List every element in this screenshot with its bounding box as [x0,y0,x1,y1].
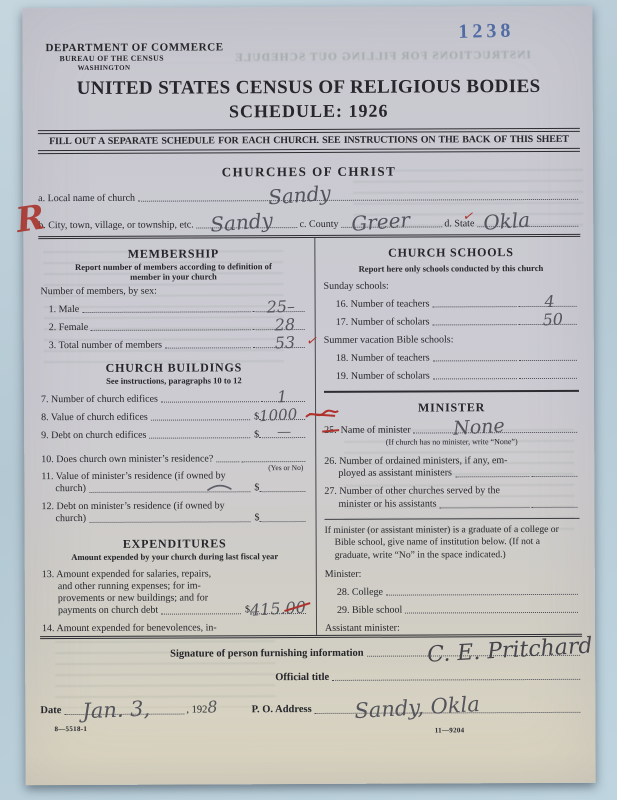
handwritten-edifice-count: 1 [277,389,288,405]
q12-line1: 12. Debt on minister’s residence (if own… [41,500,307,513]
q10-answer-slot: (Yes or No) [241,460,305,462]
form-code-right: 11—9204 [435,726,465,734]
q2-line [91,329,251,332]
q10-row: 10. Does church own minister’s residence… [41,453,307,465]
footer-section: Signature of person furnishing informati… [40,646,582,716]
minister-sub-label: Minister: [325,568,580,580]
q11-dollar-sign: $ [254,482,259,494]
q27-leader [440,506,530,508]
q14-line1: 14. Amount expended for benevolences, in… [42,622,308,635]
handwritten-date: Jan. 3, [82,698,151,722]
q9-row: 9. Debt on church edifices $ — [41,429,307,441]
official-title-line [332,677,580,680]
official-title-row: Official title [40,670,582,683]
handwritten-city: Sandy [210,210,274,235]
handwritten-church-name: Sandy [267,182,331,207]
q3-label: 3. Total number of members [49,340,162,351]
q12-row: 12. Debt on minister’s residence (if own… [41,500,307,526]
red-struck-cents: 00 [285,600,306,617]
handwritten-salaries-amount: 415. [249,599,286,620]
q25-row: 25. Name of minister None [324,424,579,436]
county-label: c. County [300,219,339,230]
q10-label: 10. Does church own minister’s residence… [41,453,213,465]
q17-answer-slot: 50 [519,323,577,325]
q14-row: 14. Amount expended for benevolences, in… [42,622,308,638]
q16-answer-slot: 4 [519,305,577,307]
city-line: Sandy [197,226,298,228]
q26-leader [455,475,529,477]
q27-line2: minister or his assistants [338,498,436,511]
q3-total-row: 3. Total number of members 53 ✓ [41,339,307,351]
handwritten-year-digit: 8 [207,697,219,717]
red-scribble-icon [305,407,339,420]
q29-line [405,611,578,614]
q2-female-row: 2. Female 28 [41,321,307,333]
q18-line [433,359,517,361]
q16-label: 16. Number of teachers [336,298,430,309]
schools-section: CHURCH SCHOOLS Report here only schools … [323,244,579,392]
form-columns: MEMBERSHIP Report number of members acco… [38,233,582,638]
handwritten-teacher-count: 4 [544,294,555,310]
q26-row: 26. Number of ordained ministers, if any… [324,455,579,480]
handwritten-edifice-value: 1000 [259,407,298,424]
handwritten-scholar-count: 50 [542,311,563,328]
q18-row: 18. Number of teachers [324,352,579,364]
handwritten-state: Okla [483,209,531,232]
right-column: CHURCH SCHOOLS Report here only schools … [315,236,582,634]
q2-label: 2. Female [49,322,88,333]
grad-line3: graduate, write “No” in the space indica… [335,548,580,562]
q10-line [216,460,239,462]
q27-answer-slot [531,506,577,508]
q9-answer-slot: — [259,436,305,438]
date-line: Jan. 3, [64,712,184,715]
q25-caption: (If church has no minister, write “None”… [324,437,579,447]
q2-answer-slot: 28 [253,328,305,330]
q13-line1: 13. Amount expended for salaries, repair… [42,568,308,581]
q16-line [432,305,516,307]
q13-leader [161,613,241,615]
q18-answer-slot [519,359,577,361]
membership-subheading-1: Report number of members according to de… [40,261,306,272]
handwritten-po-address: Sandy, Okla [354,694,480,722]
q12-line2: church) [56,513,87,525]
q18-label: 18. Number of teachers [336,352,430,363]
q9-line [149,436,250,438]
q26-line2: ployed as assistant ministers [338,468,452,481]
summer-schools-label: Summer vacation Bible schools: [324,334,579,346]
signature-label: Signature of person furnishing informati… [170,647,364,659]
q17-line [433,323,517,325]
q1-male-row: 1. Male 25– [41,303,307,315]
minister-heading: MINISTER [324,400,579,416]
q9-dollar-sign: $ [254,429,259,440]
expenditures-heading: EXPENDITURES [42,536,308,552]
handwritten-signature: C. E. Pritchard [426,635,592,666]
grad-line1: If minister (or assistant minister) is a… [325,524,580,538]
po-address-line: Sandy, Okla [315,710,581,713]
q7-label: 7. Number of church edifices [41,393,158,405]
sunday-schools-label: Sunday schools: [324,280,579,292]
field-local-name: a. Local name of church Sandy [38,190,580,203]
city-label: b. City, town, village, or township, etc… [38,219,193,231]
assistant-sub-label: Assistant minister: [325,622,580,634]
form-schedule-title: SCHEDULE: 1926 [38,99,580,122]
form-title: UNITED STATES CENSUS OF RELIGIOUS BODIES [38,75,580,99]
q12-leader [89,521,250,524]
q28-line [386,593,578,596]
expenditures-subheading: Amount expended by your church during la… [42,551,308,562]
q25-line: None [414,431,578,434]
date-label: Date [40,705,61,716]
signature-line: C. E. Pritchard [367,653,581,656]
handwritten-minister-name: None [453,417,506,439]
q19-row: 19. Number of scholars [324,370,579,382]
q13-line2: and other running expenses; for im- [58,580,308,593]
po-address-label: P. O. Address [252,704,312,715]
q13-answer-slot: 415.00 [250,612,306,614]
yes-or-no-caption: (Yes or No) [268,463,303,472]
q13-line4: payments on church debt [58,605,158,618]
instruction-banner: FILL OUT A SEPARATE SCHEDULE FOR EACH CH… [38,127,580,153]
q25-label: Name of minister [341,425,411,436]
q8-label: 8. Value of church edifices [41,411,148,422]
handwritten-male-count: 25– [266,299,295,316]
official-title-label: Official title [275,672,329,683]
q11-leader [89,490,250,493]
state-line: ✓ Okla [477,224,578,226]
denomination-heading: CHURCHES OF CHRIST [38,162,580,180]
expenditures-section: EXPENDITURES Amount expended by your chu… [42,536,309,638]
q26-line1: 26. Number of ordained ministers, if any… [324,455,579,468]
q25-number-red-struck: 25. [324,425,337,436]
red-letter-annotation: R [14,197,48,241]
left-column: MEMBERSHIP Report number of members acco… [38,238,317,636]
q11-line2: church) [55,483,86,495]
q17-label: 17. Number of scholars [336,316,430,327]
membership-intro: Number of members, by sex: [41,285,307,297]
graduate-paragraph: If minister (or assistant minister) is a… [325,518,580,563]
local-name-line: Sandy [138,197,578,201]
form-code-left: 8—5518-1 [54,725,87,733]
q11-row: 11. Value of minister’s residence (if ow… [41,470,307,496]
membership-heading: MEMBERSHIP [40,246,306,262]
q29-label: 29. Bible school [337,605,402,616]
q7-answer-slot: 1 [261,400,305,402]
q1-label: 1. Male [49,304,80,315]
buildings-subheading: See instructions, paragraphs 10 to 12 [41,375,307,386]
q19-label: 19. Number of scholars [336,370,430,381]
q16-row: 16. Number of teachers 4 [324,298,579,310]
buildings-section: CHURCH BUILDINGS See instructions, parag… [41,360,308,525]
q12-answer-slot [260,520,306,522]
membership-section: MEMBERSHIP Report number of members acco… [40,246,306,352]
q8-answer-slot: 1000 [259,418,305,420]
q17-row: 17. Number of scholars 50 [324,316,579,328]
q1-answer-slot: 25– [253,310,305,312]
minister-section: MINISTER 25. Name of minister None (If c… [324,400,580,639]
q3-line [165,347,251,349]
q19-answer-slot [519,377,577,379]
county-line: Greer [341,225,442,227]
q3-answer-slot: 53 ✓ [253,346,305,348]
q9-label: 9. Debt on church edifices [41,429,146,440]
schools-subheading: Report here only schools conducted by th… [323,262,578,273]
handwritten-female-count: 28 [274,317,295,334]
agency-block: DEPARTMENT OF COMMERCE BUREAU OF THE CEN… [45,40,579,72]
q29-row: 29. Bible school [325,604,580,616]
q14-line2: cluding home and foreign missions; and [58,635,308,639]
grad-line2: Bible school, give name of institution b… [335,536,580,550]
q26-answer-slot [531,475,577,477]
q7-row: 7. Number of church edifices 1 [41,393,307,405]
q12-dollar-sign: $ [255,512,260,524]
schools-heading: CHURCH SCHOOLS [323,244,578,260]
buildings-heading: CHURCH BUILDINGS [41,360,307,376]
printed-year-prefix: , 192 [186,704,207,715]
field-location: b. City, town, village, or township, etc… [38,217,580,230]
census-form-page: INSTRUCTIONS FOR FILLING OUT SCHEDULE 12… [22,6,595,785]
q27-row: 27. Number of other churches served by t… [324,485,579,510]
q8-row: 8. Value of church edifices $ 1000 [41,411,307,423]
handwritten-total-members: 53 [274,335,295,352]
pencil-dash-mark: — [277,425,291,439]
date-address-row: Date Jan. 3, , 192 8 P. O. Address Sandy… [40,695,582,716]
handwritten-county: Greer [351,209,411,233]
membership-subheading-2: member in your church [40,271,306,282]
q8-line [151,418,250,420]
q1-line [82,311,250,314]
signature-row: Signature of person furnishing informati… [40,646,582,659]
q28-row: 28. College [325,586,580,598]
q27-line1: 27. Number of other churches served by t… [324,485,579,498]
q28-label: 28. College [337,587,383,598]
q19-line [433,377,517,379]
local-name-label: a. Local name of church [38,192,135,203]
pencil-curve-mark [206,484,232,492]
q7-line [161,400,259,402]
q13-row: 13. Amount expended for salaries, repair… [42,568,308,618]
q11-answer-slot [259,490,305,492]
